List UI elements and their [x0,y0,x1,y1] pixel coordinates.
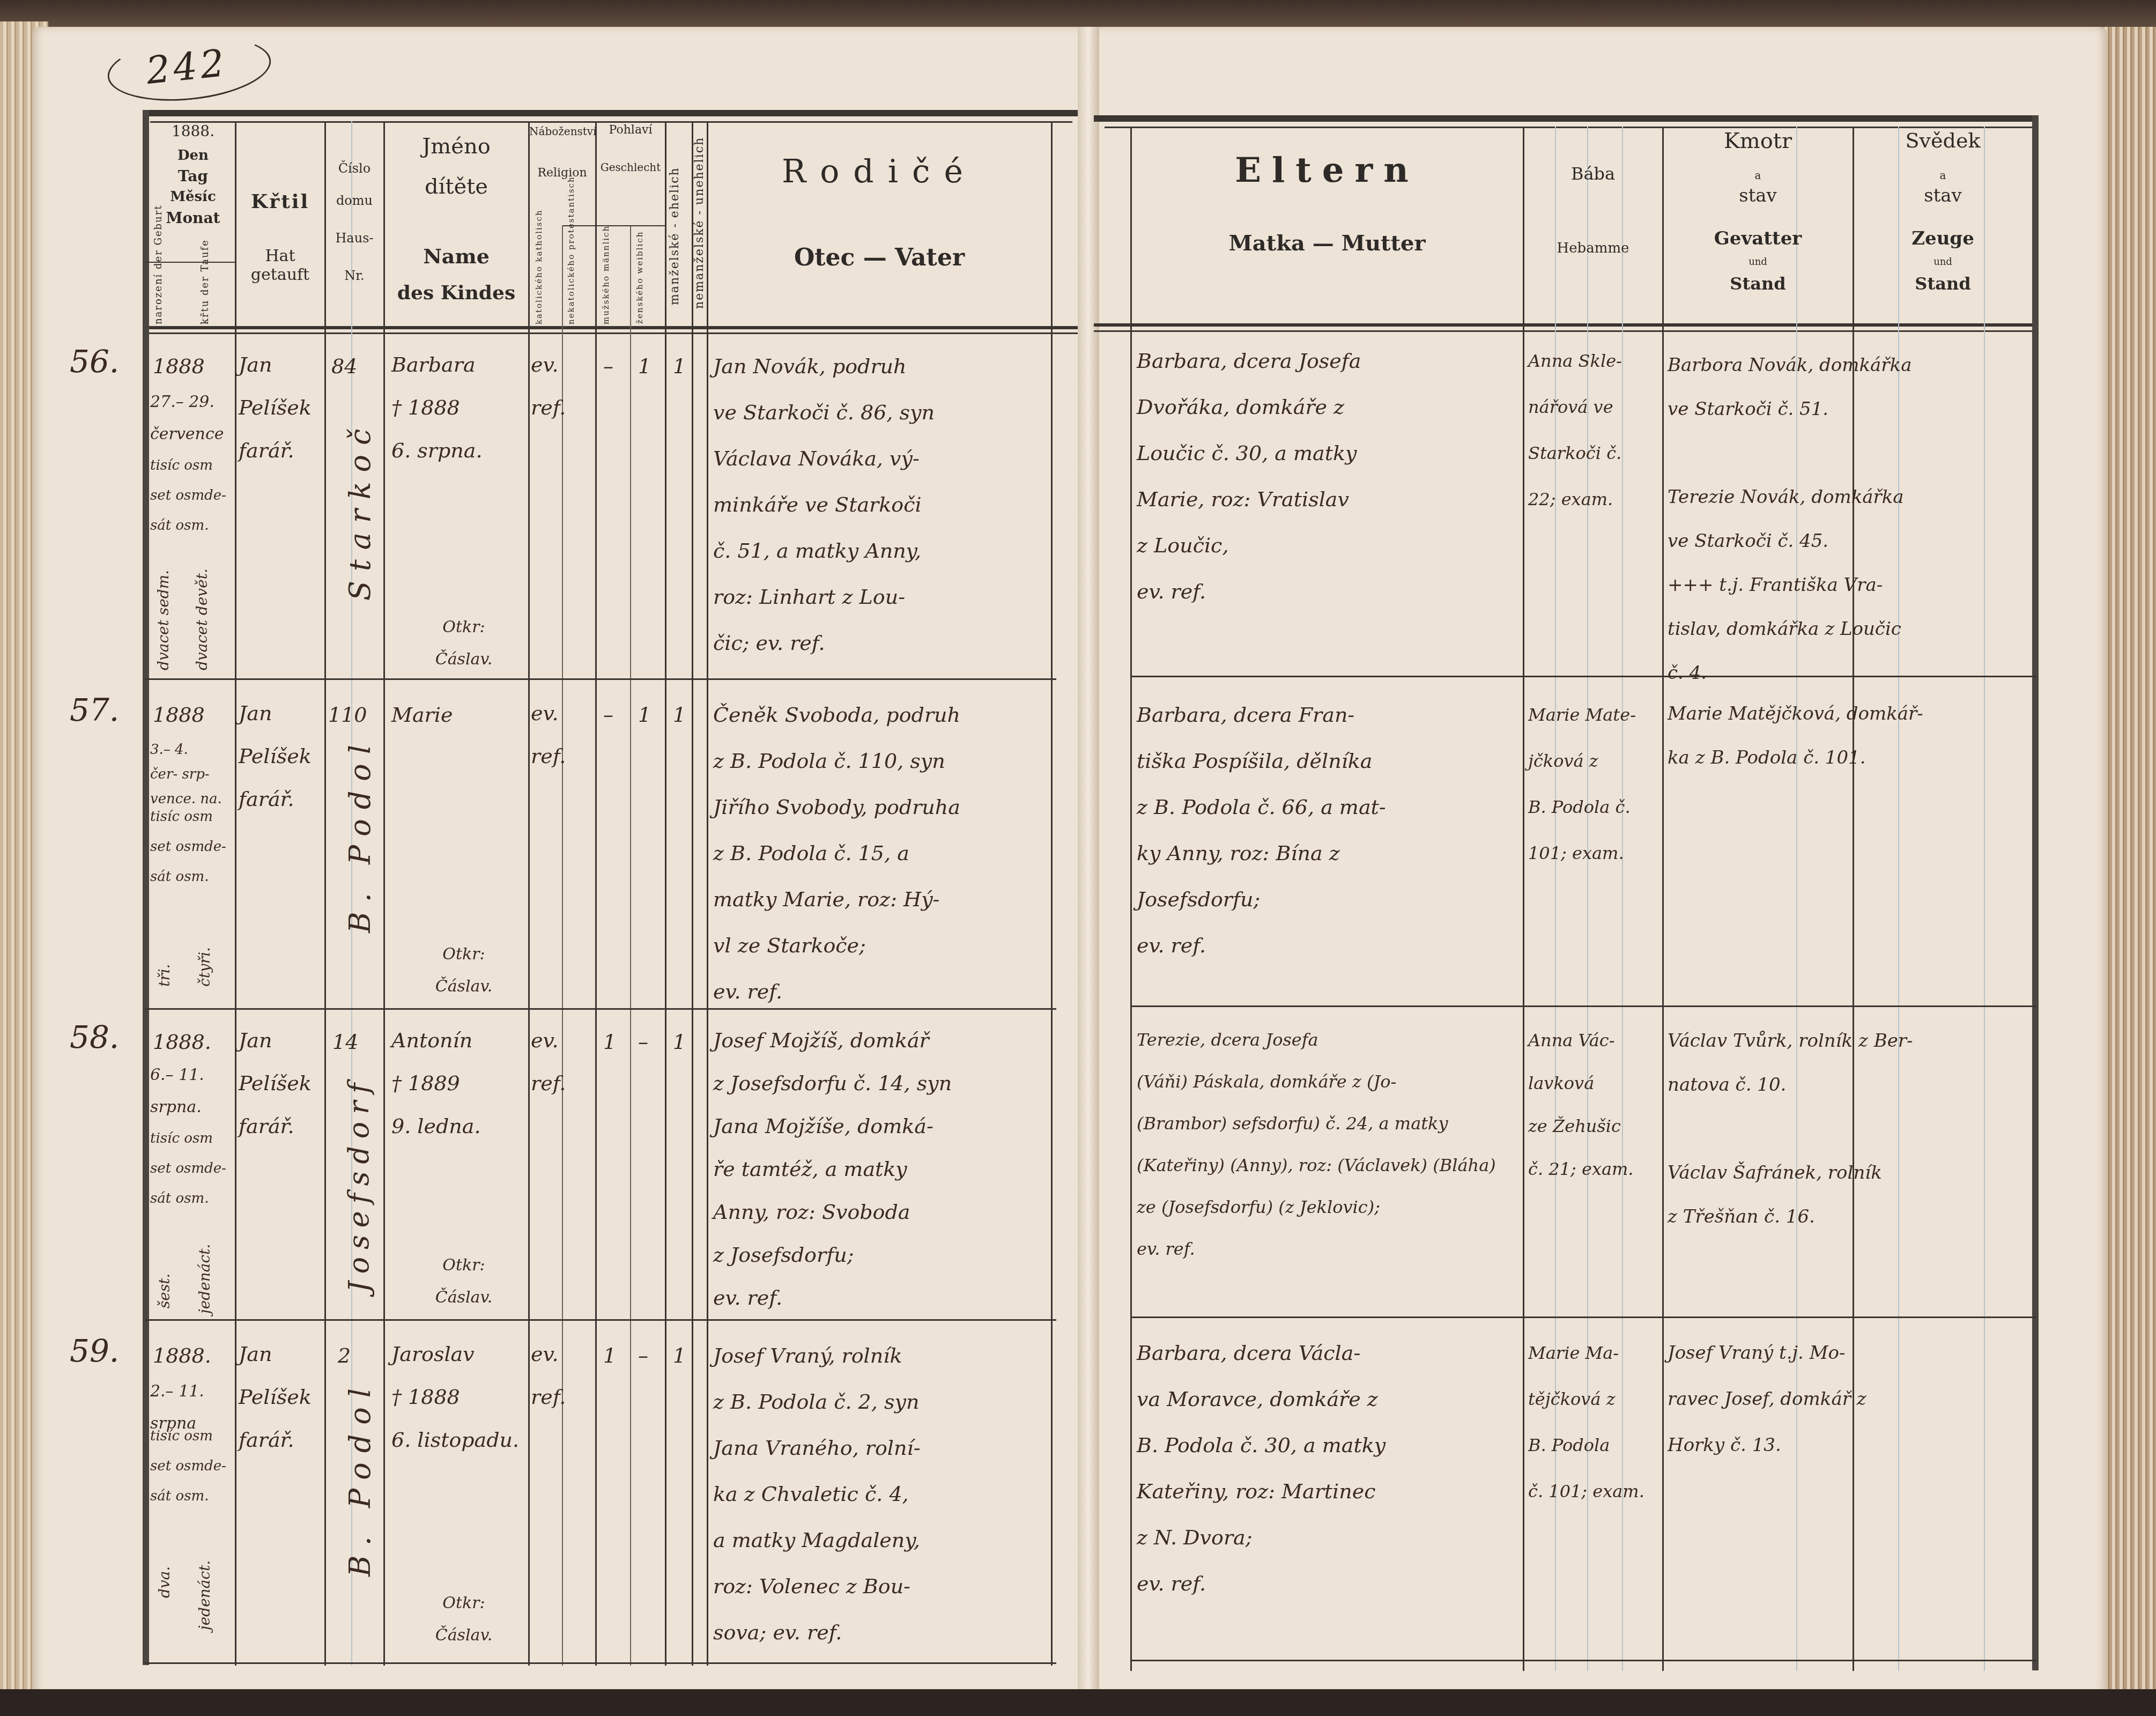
entry-year-words: tisíc osm set osmde- sát osm. [150,450,235,541]
entry-year: 1888. [153,1019,233,1065]
header-top-rule-left [145,110,1078,116]
header-witness-de1: Zeuge [1854,228,2032,249]
entry-village: Josefsdorf [343,1067,375,1292]
entry-day-words-birth: dva. [155,1507,173,1598]
entry-number: 58. [70,1019,119,1055]
col-rule [324,121,326,1666]
entry-mark-legit: 1 [673,692,689,738]
header-house-de1: Haus- [325,231,383,246]
entry-day-words-birth: šest. [155,1201,173,1308]
header-top-rule-right [1094,115,2038,122]
col-rule [1051,121,1053,1666]
entry-child-note: Otkr: Čáslav. [408,611,520,676]
header-sex-cz: Pohlaví [596,123,665,137]
entry-child-name: Antonín † 1889 9. ledna. [391,1019,528,1148]
entry-day-words-baptism: jedenáct. [196,1469,213,1630]
entry-year: 1888 [153,343,233,389]
entry-mark-male: – [603,692,625,738]
entry-year: 1888. [153,1333,233,1379]
entry-child-name: Barbara † 1888 6. srpna. [391,343,528,472]
table-right-border [2032,115,2039,1670]
header-bottom-thin-rule-right [1094,330,2038,332]
col-rule [383,121,385,1666]
header-child-name-de2: des Kindes [384,282,528,304]
header-witness-de3: Stand [1854,273,2032,294]
col-rule [692,121,693,1666]
header-child-name-cz2: dítěte [384,174,528,199]
header-godparent-cz2: a [1663,169,1853,182]
entry-house-number: 110 [328,692,382,738]
header-sex-female: ženského weiblich [634,231,660,324]
entry-mark-female: – [638,1333,660,1379]
entry-father: Jan Novák, podruh ve Starkoči č. 86, syn… [713,343,1051,666]
header-month-cz: Měsíc [150,189,236,205]
header-religion-de: Religion [529,166,595,180]
header-religion-cz: Náboženství [529,123,595,139]
entry-religion: ev. ref. [531,1333,592,1418]
entry-godparents: Marie Matějčková, domkář- ka z B. Podola… [1668,692,2032,780]
entry-priest: Jan Pelíšek farář. [239,343,324,472]
header-birth: narození der Geburt [153,265,165,324]
entry-year-words: tisíc osm set osmde- sát osm. [150,802,235,892]
header-day-cz: Den [150,147,236,164]
header-child-name-de1: Name [384,244,528,268]
entry-godparents: Josef Vraný t.j. Mo- ravec Josef, domkář… [1668,1330,2032,1468]
header-parents-de: Eltern [1131,150,1523,190]
entry-father: Josef Mojžíš, domkář z Josefsdorfu č. 14… [713,1019,1051,1319]
entry-child-note: Otkr: Čáslav. [408,1249,520,1314]
row-separator [145,1662,1056,1664]
header-godparent-de1: Gevatter [1663,228,1853,249]
entry-midwife: Marie Ma- tějčková z B. Podola č. 101; e… [1528,1330,1662,1514]
book-gutter [1078,27,1099,1695]
entry-mark-legit: 1 [673,1333,689,1379]
entry-number: 57. [70,692,119,728]
header-witness-de2: und [1854,256,2032,268]
entry-mark-legit: 1 [673,1019,689,1065]
header-bottom-thin-rule-left [145,332,1078,334]
header-illegitimate: nemanželské - unehelich [693,123,707,322]
entry-year-words: tisíc osm set osmde- sát osm. [150,1421,235,1511]
entry-mark-male: 1 [603,1333,625,1379]
entry-mother: Barbara, dcera Václa- va Moravce, domkář… [1137,1330,1523,1607]
row-separator [145,1319,1056,1321]
entry-midwife: Marie Mate- jčková z B. Podola č. 101; e… [1528,692,1662,876]
row-separator [1130,1316,2036,1318]
header-bottom-rule-right [1094,323,2038,327]
entry-child-note: Otkr: Čáslav. [408,1587,520,1652]
header-godparent-de2: und [1663,256,1853,268]
header-baptized-by-de: Hat getauft [236,247,324,284]
entry-dates: 27.– 29. července [150,386,235,450]
header-top-thin-rule-left [150,121,1072,123]
entry-mother: Terezie, dcera Josefa (Váňi) Páskala, do… [1137,1019,1523,1270]
col-rule [1523,127,1524,1671]
header-parents-cz: Rodičé [708,153,1051,190]
page-edges-right [2102,27,2156,1695]
entry-mark-female: 1 [638,343,660,389]
entry-mark-male: – [603,343,625,389]
col-rule-sub [562,225,563,1666]
header-sex-de: Geschlecht [596,161,665,174]
entry-child-note: Otkr: Čáslav. [408,938,520,1003]
col-rule [528,121,530,1666]
header-top-thin-rule-right [1105,127,2038,128]
entry-godparents: Václav Tvůrk, rolník z Ber- natova č. 10… [1668,1019,2032,1239]
entry-religion: ev. ref. [531,692,592,778]
col-rule [1130,127,1132,1671]
header-year: 1888. [155,122,231,140]
entry-day-words-baptism: jedenáct. [196,1190,213,1314]
entry-day-words-birth: tři. [155,879,173,987]
header-bottom-rule-left [145,326,1078,329]
header-baptized-by-cz: Křtil [236,190,324,213]
entry-village: B. Podol [343,740,377,933]
col-rule [707,121,708,1666]
entry-father: Josef Vraný, rolník z B. Podola č. 2, sy… [713,1333,1051,1655]
entry-number: 56. [70,343,119,380]
header-mother: Matka — Mutter [1131,231,1523,256]
header-house-cz2: domu [325,193,383,208]
header-witness-cz2: a [1854,169,2032,182]
entry-mark-female: – [638,1019,660,1065]
entry-day-words-baptism: čtyři. [196,879,213,987]
col-rule-sub [630,225,631,1666]
header-godparent-cz3: stav [1663,185,1853,206]
entry-priest: Jan Pelíšek farář. [239,1019,324,1148]
entry-child-name: Jaroslav † 1888 6. listopadu. [391,1333,528,1461]
header-godparent-cz1: Kmotr [1663,129,1853,153]
col-rule [235,121,236,1666]
header-sex-male: mužského männlich [601,231,626,324]
row-separator [1130,1005,2036,1007]
entry-midwife: Anna Skle- nářová ve Starkoči č. 22; exa… [1528,338,1662,522]
header-midwife-de: Hebamme [1524,240,1662,256]
entry-godparents: Barbora Novák, domkářka ve Starkoči č. 5… [1668,343,2032,695]
entry-mark-male: 1 [603,1019,625,1065]
entry-year-words: tisíc osm set osmde- sát osm. [150,1123,235,1214]
scan-background-bottom [0,1689,2156,1716]
page-number: 242 [144,41,229,93]
header-godparent-de3: Stand [1663,273,1853,294]
header-father: Otec — Vater [708,244,1051,271]
entry-dates: 3.– 4. čer- srp- vence. na. [150,737,235,811]
row-separator [1130,1660,2036,1661]
entry-mother: Barbara, dcera Fran- tiška Pospíšila, dě… [1137,692,1523,968]
header-baptism: křtu der Taufe [199,265,211,324]
header-child-name-cz1: Jméno [384,134,528,159]
entry-house-number: 2 [338,1333,381,1379]
entry-mark-female: 1 [638,692,660,738]
header-witness-cz3: stav [1854,185,2032,206]
entry-midwife: Anna Vác- lavková ze Žehušic č. 21; exam… [1528,1019,1662,1190]
entry-father: Čeněk Svoboda, podruh z B. Podola č. 110… [713,692,1051,1015]
entry-mother: Barbara, dcera Josefa Dvořáka, domkáře z… [1137,338,1523,615]
entry-number: 59. [70,1333,119,1369]
entry-priest: Jan Pelíšek farář. [239,1333,324,1461]
entry-mark-legit: 1 [673,343,689,389]
entry-religion: ev. ref. [531,1019,592,1105]
header-witness-cz1: Svědek [1854,129,2032,152]
entry-village: B. Podol [343,1384,377,1577]
entry-day-words-birth: dvacet sedm. [154,531,172,670]
entry-house-number: 14 [332,1019,381,1065]
row-separator [145,678,1056,680]
header-religion-noncatholic: nekatolického protestantisch [566,231,591,324]
header-house-cz1: Číslo [325,161,383,176]
col-rule [595,121,597,1666]
col-rule [1662,127,1664,1671]
header-midwife-cz: Bába [1524,164,1662,184]
entry-child-name: Marie [391,692,528,738]
header-religion-catholic: katolického katholisch [534,231,559,324]
col-rule [665,121,666,1666]
entry-dates: 6.– 11. srpna. [150,1059,235,1123]
table-left-border [143,110,149,1665]
entry-priest: Jan Pelíšek farář. [239,692,324,820]
entry-year: 1888 [153,692,233,738]
entry-religion: ev. ref. [531,343,592,429]
entry-village: Starkoč [343,375,377,601]
header-legitimate: manželské - ehelich [668,150,690,322]
entry-day-words-baptism: dvacet devět. [193,531,211,670]
subheader-rule [563,225,665,226]
header-day-de: Tag [150,167,236,185]
header-house-de2: Nr. [325,268,383,283]
